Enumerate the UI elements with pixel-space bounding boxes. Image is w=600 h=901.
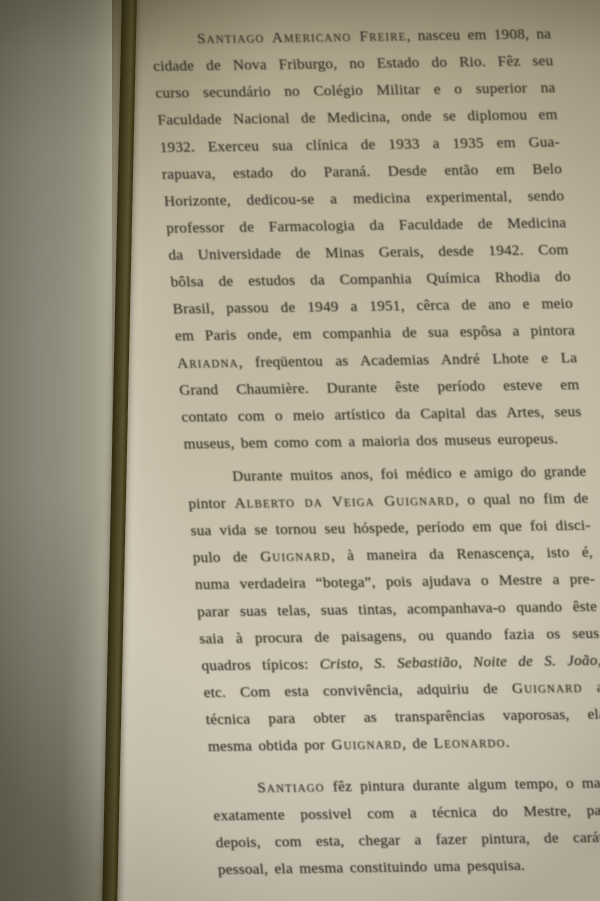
body-text: mesma obtida por <box>207 737 332 756</box>
text-line: depois, com esta, chegar a fazer pintura… <box>215 824 600 857</box>
body-text: rapuava, estado do Paraná. Desde então e… <box>161 160 562 183</box>
book-photo: Santiago Americano Freire, nasceu em 190… <box>0 0 600 901</box>
body-text: quadros típicos: <box>201 656 321 675</box>
body-text: exatamente possivel com a técnica do Mes… <box>213 802 600 825</box>
paragraph: Santiago fêz pintura durante algum tempo… <box>210 770 600 883</box>
body-text: . <box>505 734 510 751</box>
body-text: , o qual no fim de <box>454 490 589 509</box>
name-smallcaps: Guignard <box>260 548 332 566</box>
name-smallcaps: Guignard <box>331 736 403 754</box>
body-text: 1932. Exerceu sua clínica de 1933 a 1935… <box>159 133 560 156</box>
body-text: Horizonte, dedicou-se a medicina experim… <box>163 187 564 210</box>
body-text: saia à procura de paisagens, ou quando f… <box>199 625 600 648</box>
text-line: técnica para obter as transparências vap… <box>205 701 600 734</box>
body-text: , nasceu em 1908, na <box>406 25 552 44</box>
body-text: , freqüentou as Academias André Lhote e … <box>238 349 578 371</box>
body-text: sua vida se tornou seu hóspede, período … <box>190 517 591 540</box>
body-text: Grand Chaumière. Durante êste período es… <box>179 376 580 399</box>
body-text: técnica para obter as transparências vap… <box>205 706 600 729</box>
body-text: numa verdadeira “botega”, pois ajudava o… <box>194 571 595 594</box>
body-text: bôlsa de estudos da Companhia Química Rh… <box>170 268 571 291</box>
text-line: mesma obtida por Guignard, de Leonardo. <box>207 728 600 761</box>
body-text: museus, bem como com a maioria dos museu… <box>183 430 559 452</box>
name-smallcaps: Guignard <box>511 679 583 697</box>
body-text: fêz pintura durante algum tempo, o mais <box>324 775 600 796</box>
body-text: cidade de Nova Friburgo, no Estado do Ri… <box>153 52 554 75</box>
name-smallcaps: Santiago Americano Freire <box>196 27 407 47</box>
paragraph: Santiago Americano Freire, nasceu em 190… <box>150 20 585 457</box>
body-text: em Paris onde, em companhia de sua espôs… <box>174 322 575 345</box>
name-smallcaps: Alberto da Veiga Guignard <box>234 492 455 512</box>
body-text: depois, com esta, chegar a fazer pintura… <box>215 829 600 852</box>
name-smallcaps: Santiago <box>257 779 326 797</box>
page-text: Santiago Americano Freire, nasceu em 190… <box>150 20 600 883</box>
body-text: a <box>582 679 600 696</box>
body-text: contato com o meio artístico da Capital … <box>181 403 582 426</box>
name-smallcaps: Ariadna <box>176 354 239 372</box>
body-text: pessoal, ela mesma constituindo uma pesq… <box>217 857 525 878</box>
body-text: Faculdade Nacional de Medicina, onde se … <box>157 106 558 129</box>
italic-text: Cristo, S. Sebastião, Noite de S. João, <box>319 652 600 673</box>
body-text: parar suas telas, suas tintas, acompanha… <box>196 598 597 621</box>
body-text: curso secundário no Colégio Militar e o … <box>155 79 556 102</box>
body-text: Durante muitos anos, foi médico e amigo … <box>232 463 587 485</box>
body-text: pulo de <box>192 549 261 567</box>
name-smallcaps: Leonardo <box>433 734 506 752</box>
body-text: , à maneira da Renascença, isto é, <box>330 544 593 565</box>
body-text: etc. Com esta convivência, adquiriu de <box>203 680 513 701</box>
text-line: pessoal, ela mesma constituindo uma pesq… <box>217 851 600 884</box>
paragraph: Durante muitos anos, foi médico e amigo … <box>185 458 600 760</box>
body-text: da Universidade de Minas Gerais, desde 1… <box>168 241 569 264</box>
body-text: professor de Farmacologia da Faculdade d… <box>166 214 567 237</box>
text-line: museus, bem como com a maioria dos museu… <box>183 425 585 458</box>
body-text: , de <box>401 735 434 752</box>
body-text: pintor <box>188 495 235 513</box>
body-text: Brasil, passou de 1949 a 1951, cêrca de … <box>172 295 573 318</box>
